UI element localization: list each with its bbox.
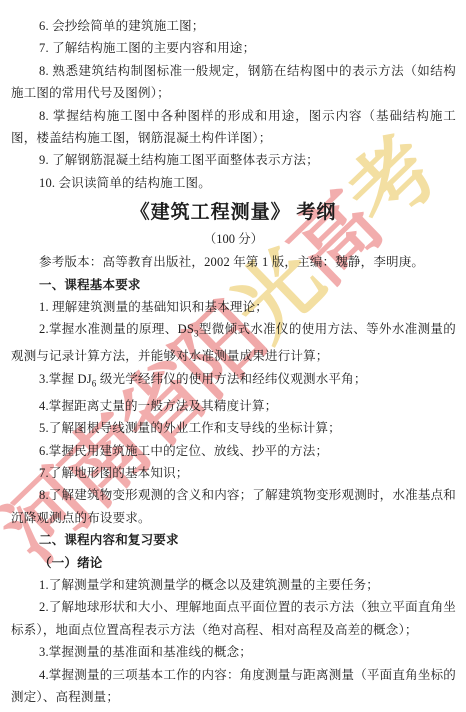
list-item: 1. 理解建筑测量的基础知识和基本理论； (11, 296, 456, 318)
subsection-heading: （一）绪论 (11, 552, 456, 574)
section1-heading: 一、课程基本要求 (11, 274, 456, 296)
intro-item: 10. 会识读简单的结构施工图。 (11, 172, 456, 194)
intro-item: 8. 掌握结构施工图中各种图样的形成和用途，图示内容（基础结构施工图，楼盖结构施… (11, 105, 456, 150)
list-item: 1.了解测量学和建筑测量学的概念以及建筑测量的主要任务； (11, 574, 456, 596)
list-item: 3.掌握测量的基准面和基准线的概念； (11, 641, 456, 663)
intro-item: 8. 熟悉建筑结构制图标准一般规定，钢筋在结构图中的表示方法（如结构施工图的常用… (11, 60, 456, 105)
intro-item: 6. 会抄绘简单的建筑施工图； (11, 15, 456, 37)
list-item-text: 级光学经纬仪的使用方法和经纬仪观测水平角； (97, 372, 367, 386)
list-item: 3.掌握 DJ6 级光学经纬仪的使用方法和经纬仪观测水平角； (11, 368, 456, 395)
list-item: 4.掌握测量的三项基本工作的内容：角度测量与距离测量（平面直角坐标的测定）、高程… (11, 664, 456, 709)
list-item: 8.了解建筑物变形观测的含义和内容；了解建筑物变形观测时，水准基点和沉降观测点的… (11, 484, 456, 529)
intro-item: 7. 了解结构施工图的主要内容和用途； (11, 37, 456, 59)
document-content: 6. 会抄绘简单的建筑施工图； 7. 了解结构施工图的主要内容和用途； 8. 熟… (0, 0, 466, 708)
list-item-text: 3.掌握 DJ (39, 372, 92, 386)
intro-item: 9. 了解钢筋混凝土结构施工图平面整体表示方法； (11, 149, 456, 171)
section2-heading: 二、课程内容和复习要求 (11, 529, 456, 551)
list-item: 2.掌握水准测量的原理、DS3型微倾式水准仪的使用方法、等外水准测量的观测与记录… (11, 318, 456, 367)
list-item: 7.了解地形图的基本知识； (11, 462, 456, 484)
list-item: 5.了解图根导线测量的外业工作和支导线的坐标计算； (11, 417, 456, 439)
doc-title: 《建筑工程测量》 考纲 (11, 198, 456, 228)
list-item: 6.掌握民用建筑施工中的定位、放线、抄平的方法； (11, 440, 456, 462)
list-item: 2.了解地球形状和大小、理解地面点平面位置的表示方法（独立平面直角坐标系），地面… (11, 596, 456, 641)
document-page: 河南省阳光高考 6. 会抄绘简单的建筑施工图； 7. 了解结构施工图的主要内容和… (0, 0, 466, 712)
list-item: 4.掌握距离丈量的一般方法及其精度计算； (11, 395, 456, 417)
doc-subtitle: （100 分） (11, 228, 456, 251)
reference-line: 参考版本：高等教育出版社，2002 年第 1 版，主编：魏静，李明庚。 (11, 251, 456, 273)
list-item-text: 2.掌握水准测量的原理、DS (39, 322, 194, 336)
